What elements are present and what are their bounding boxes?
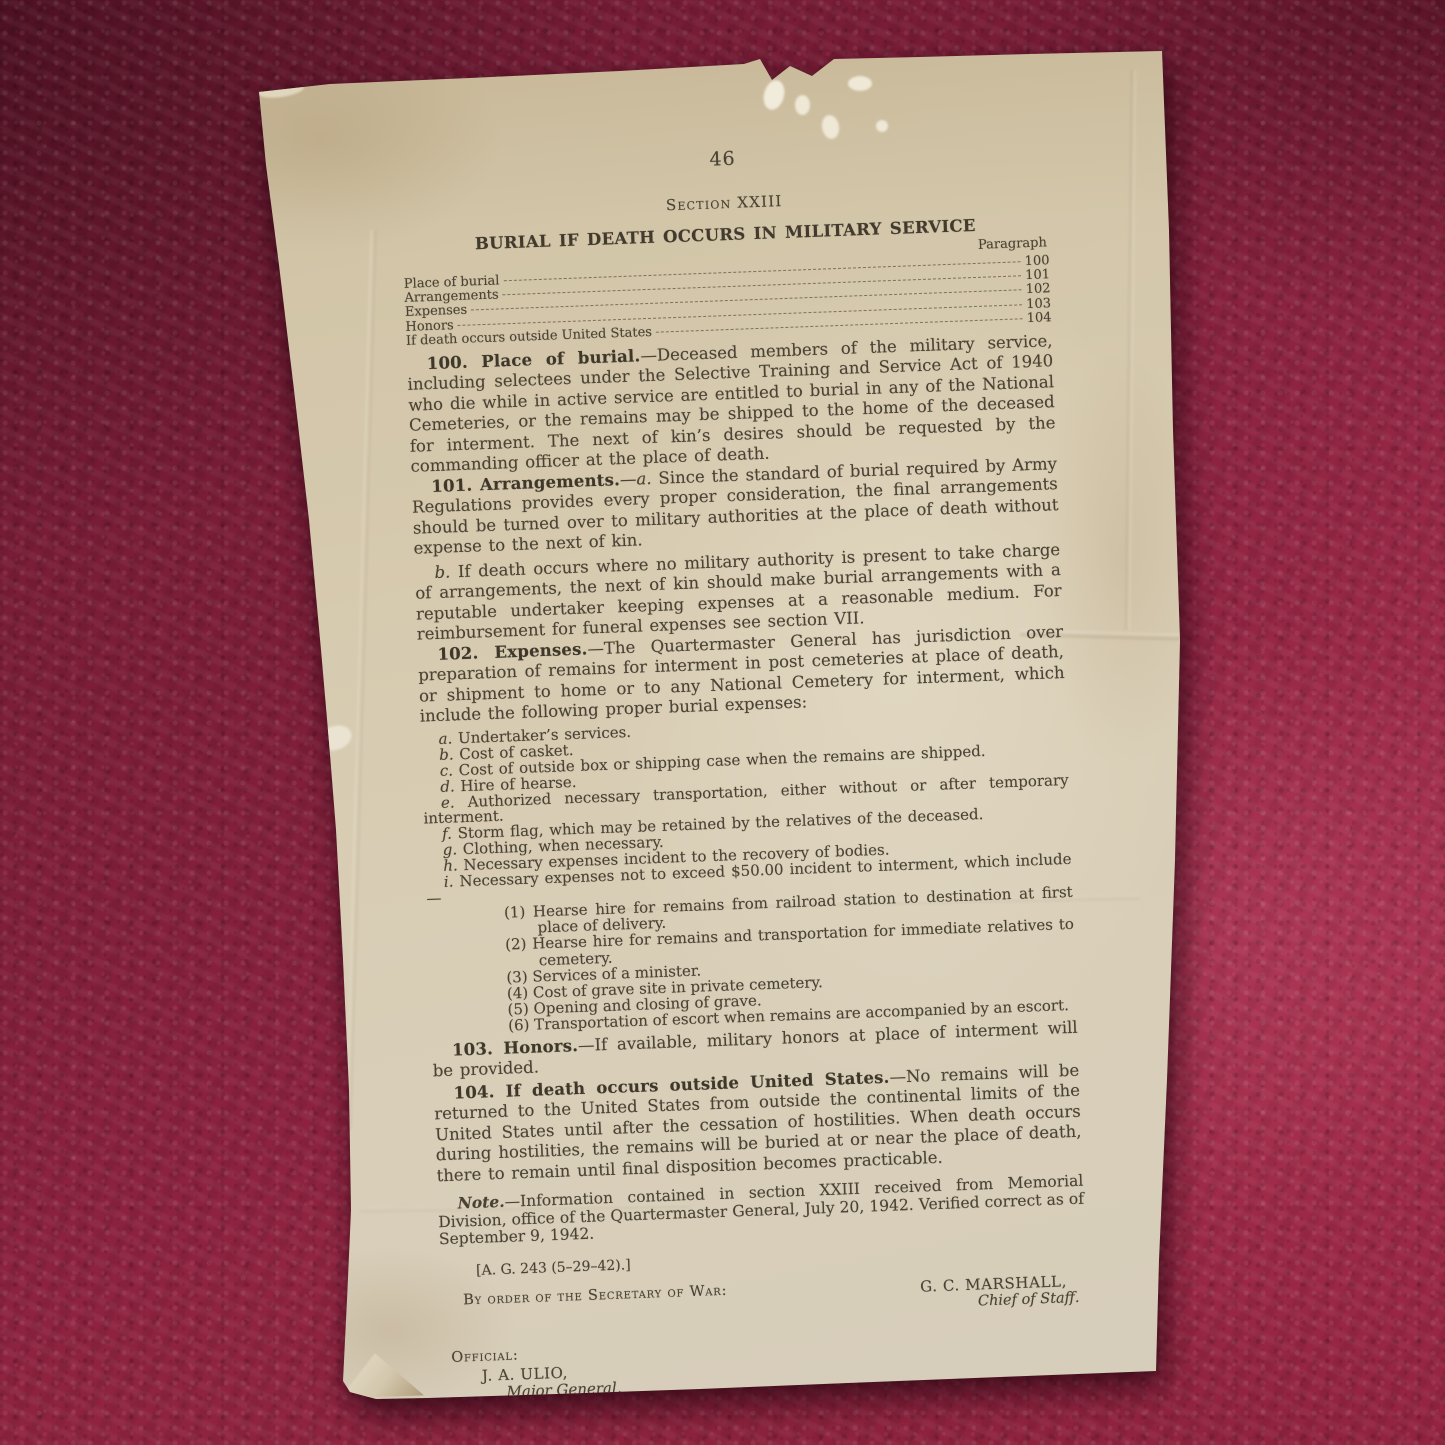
paper-damage-spot xyxy=(795,95,810,115)
paragraph-100: 100. Place of burial.—Deceased members o… xyxy=(407,331,1057,478)
footnote-lead: Note. xyxy=(457,1192,505,1213)
signature-block: G. C. MARSHALL, Chief of Staff. xyxy=(920,1272,1080,1313)
paper-crease xyxy=(345,230,376,1130)
paragraph-101b-letter: b. xyxy=(434,562,450,582)
paper-shadow: 46 Section XXIII BURIAL IF DEATH OCCURS … xyxy=(0,0,1445,1445)
toc-paragraph-number: 104 xyxy=(1027,311,1052,326)
expense-subitem-list: (1) Hearse hire for remains from railroa… xyxy=(427,884,1077,1037)
paragraph-101a-letter: —a. xyxy=(620,469,652,489)
corner-chip xyxy=(257,81,304,100)
edge-tear xyxy=(315,721,355,754)
photo: 46 Section XXIII BURIAL IF DEATH OCCURS … xyxy=(0,0,1445,1445)
paragraph-104: 104. If death occurs outside United Stat… xyxy=(433,1060,1082,1186)
subitem-number: (1) xyxy=(504,903,526,922)
paper-damage-spot xyxy=(876,120,888,132)
subitem-number: (2) xyxy=(505,935,527,954)
paragraph-103-lead: 103. Honors. xyxy=(452,1036,579,1060)
document-page: 46 Section XXIII BURIAL IF DEATH OCCURS … xyxy=(0,0,1445,1445)
footnote: Note.—Information contained in section X… xyxy=(437,1172,1085,1249)
paper-damage-spot xyxy=(848,76,872,91)
footnote-text: —Information contained in section XXIII … xyxy=(438,1172,1084,1249)
signature-row: By order of the Secretary of War: G. C. … xyxy=(441,1270,1080,1330)
paper-crease xyxy=(1125,70,1136,630)
expense-list: a. Undertaker’s services. b. Cost of cas… xyxy=(420,709,1072,908)
adjutant-title: The Adjutant General. xyxy=(531,1394,700,1417)
corner-fold xyxy=(338,1332,424,1398)
printing-office-line: U. S. GOVERNMENT PRINTING OFFICE: 1942 xyxy=(877,1383,1105,1401)
paper-damage-spot xyxy=(760,78,787,112)
order-line: By order of the Secretary of War: xyxy=(463,1283,728,1309)
page-content: 46 Section XXIII BURIAL IF DEATH OCCURS … xyxy=(399,126,1091,1420)
page-number: 46 xyxy=(399,136,1045,182)
subitem-number: (6) xyxy=(508,1016,530,1035)
